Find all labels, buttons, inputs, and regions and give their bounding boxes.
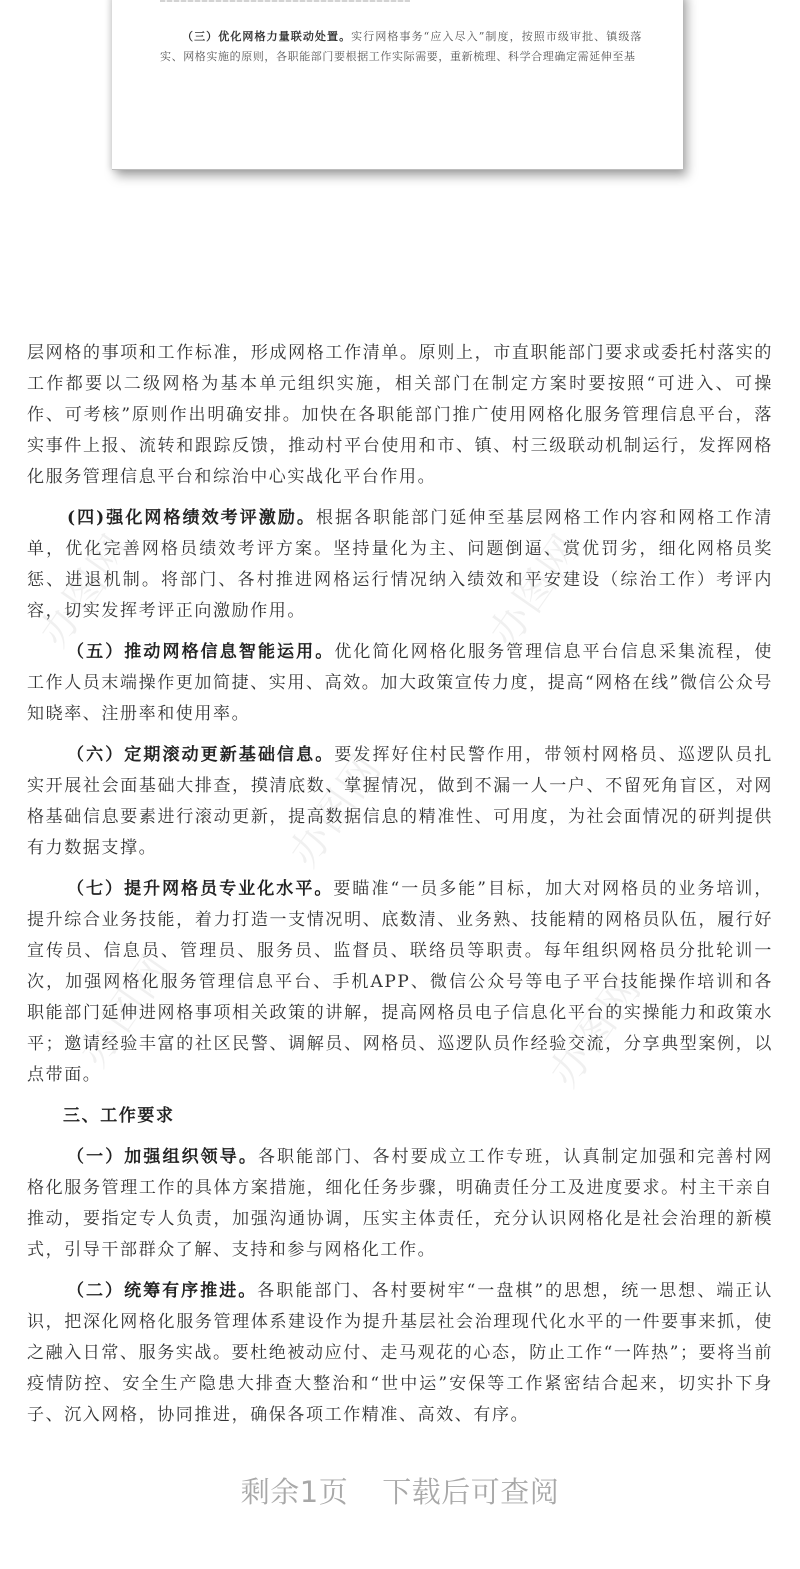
- section-7-paragraph: （七）提升网格员专业化水平。要瞄准“一员多能”目标，加大对网格员的业务培训，提升…: [27, 874, 773, 1091]
- section-5-lead: （五）推动网格信息智能运用。: [67, 642, 334, 662]
- section-6-lead: （六）定期滚动更新基础信息。: [67, 745, 334, 765]
- preview-paragraph-lead: （三）优化网格力量联动处置。: [182, 30, 351, 43]
- section-4-paragraph: (四)强化网格绩效考评激励。根据各职能部门延伸至基层网格工作内容和网格工作清单，…: [27, 503, 773, 627]
- requirement-2-body: 各职能部门、各村要树牢“一盘棋”的思想，统一思想、端正认识，把深化网格化服务管理…: [27, 1281, 773, 1425]
- preview-paragraph: （三）优化网格力量联动处置。实行网格事务“应入尽入”制度，按照市级审批、镇级落实…: [160, 27, 642, 67]
- document-body: 层网格的事项和工作标准，形成网格工作清单。原则上，市直职能部门要求或委托村落实的…: [27, 338, 773, 1441]
- truncated-text-line: [160, 0, 410, 2]
- heading-work-requirements: 三、工作要求: [27, 1101, 773, 1132]
- section-7-lead: （七）提升网格员专业化水平。: [67, 879, 333, 899]
- remaining-pages-notice[interactable]: 剩余1页下载后可查阅: [0, 1470, 800, 1511]
- page-preview-card: （三）优化网格力量联动处置。实行网格事务“应入尽入”制度，按照市级审批、镇级落实…: [112, 0, 683, 170]
- section-6-paragraph: （六）定期滚动更新基础信息。要发挥好住村民警作用，带领村网格员、巡逻队员扎实开展…: [27, 740, 773, 864]
- continued-paragraph: 层网格的事项和工作标准，形成网格工作清单。原则上，市直职能部门要求或委托村落实的…: [27, 338, 773, 493]
- download-to-view-hint: 下载后可查阅: [382, 1475, 559, 1509]
- section-4-lead: (四)强化网格绩效考评激励。: [67, 508, 316, 528]
- remaining-pages-count: 剩余1页: [241, 1475, 348, 1509]
- section-5-paragraph: （五）推动网格信息智能运用。优化简化网格化服务管理信息平台信息采集流程，使工作人…: [27, 637, 773, 730]
- requirement-1-lead: （一）加强组织领导。: [67, 1147, 258, 1167]
- requirement-2-lead: （二）统筹有序推进。: [67, 1281, 257, 1301]
- requirement-1-paragraph: （一）加强组织领导。各职能部门、各村要成立工作专班，认真制定加强和完善村网格化服…: [27, 1142, 773, 1266]
- requirement-2-paragraph: （二）统筹有序推进。各职能部门、各村要树牢“一盘棋”的思想，统一思想、端正认识，…: [27, 1276, 773, 1431]
- section-7-body: 要瞄准“一员多能”目标，加大对网格员的业务培训，提升综合业务技能，着力打造一支情…: [27, 879, 773, 1085]
